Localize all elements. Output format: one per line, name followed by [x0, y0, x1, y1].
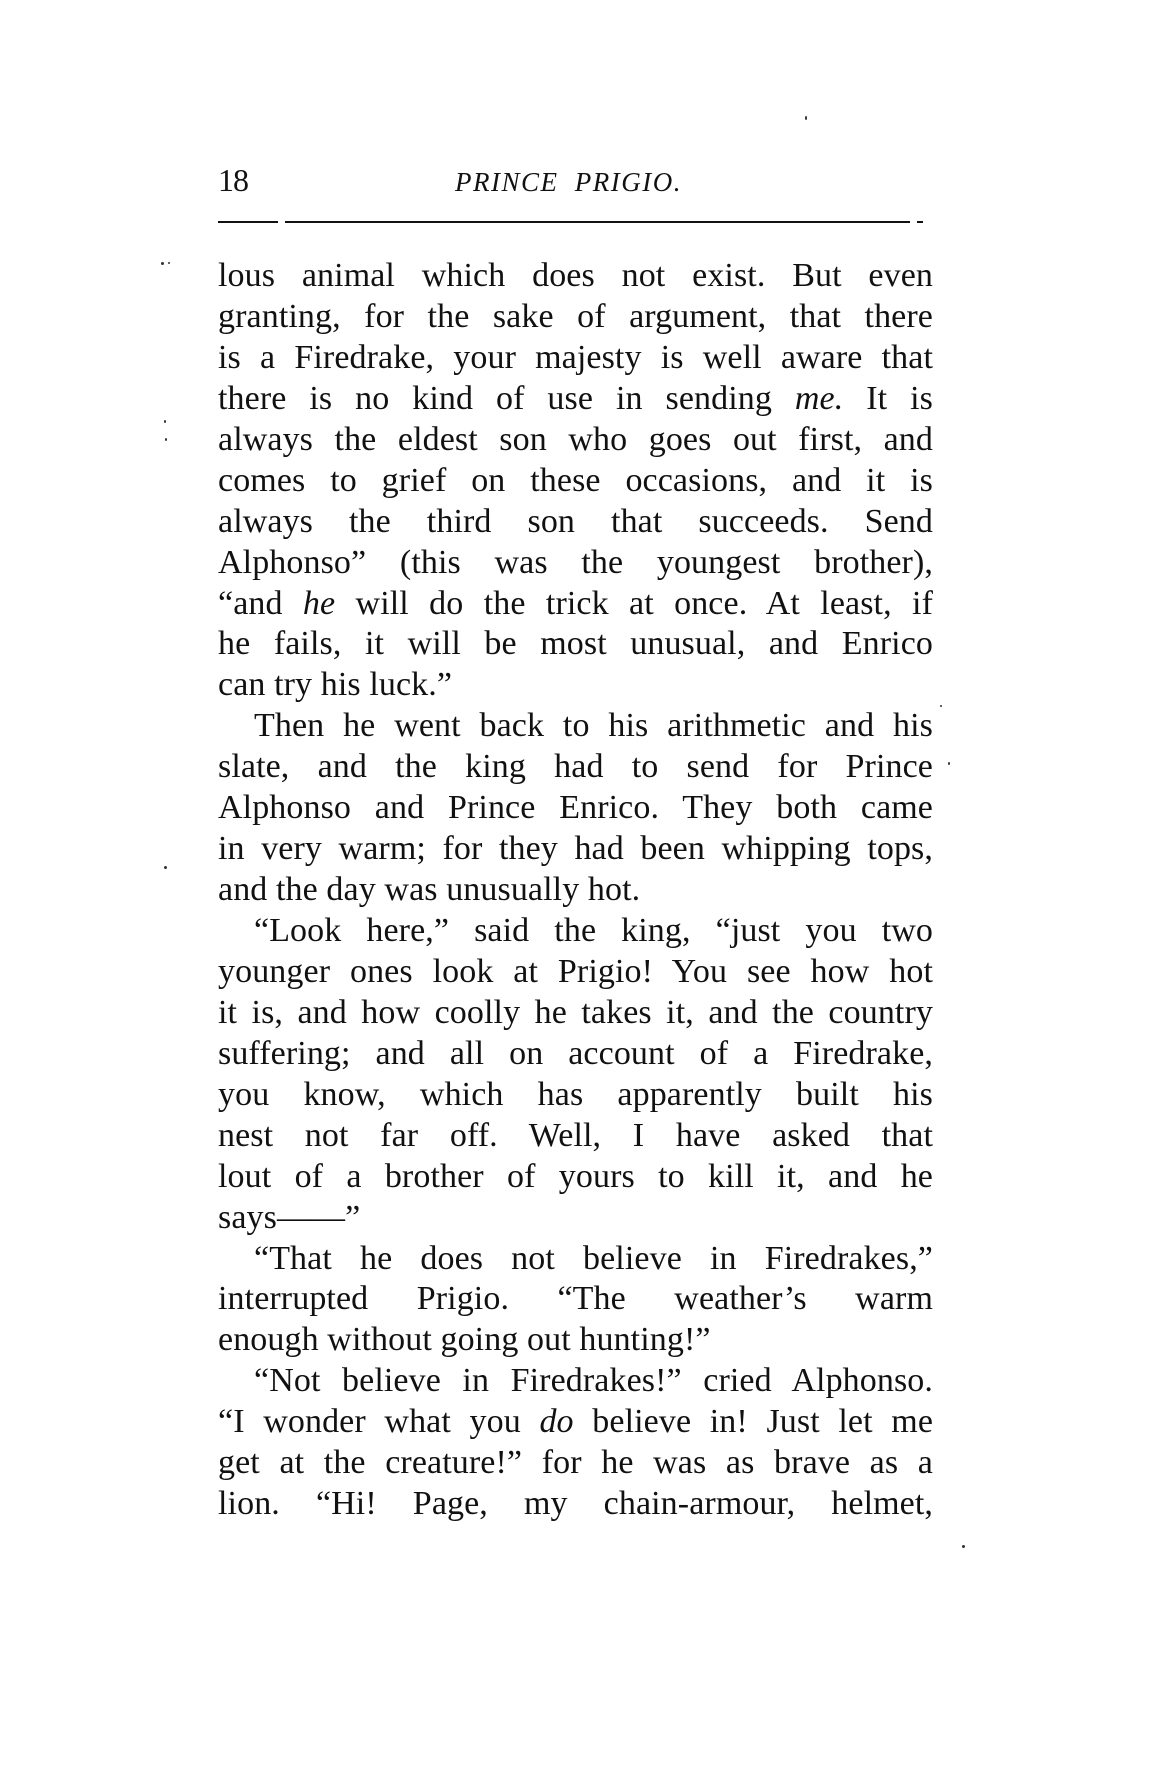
- emphasis: he: [303, 585, 335, 622]
- text-line: you know, which has apparently built his: [218, 1075, 933, 1116]
- scan-speck: [161, 262, 164, 265]
- text-line: he fails, it will be most unusual, and E…: [218, 624, 933, 665]
- scan-speck: [165, 438, 167, 441]
- text-line: suffering; and all on account of a Fired…: [218, 1034, 933, 1075]
- scan-speck: [962, 1545, 965, 1548]
- text-line: always the third son that succeeds. Send: [218, 502, 933, 543]
- text-line: there is no kind of use in sending me. I…: [218, 379, 933, 420]
- emphasis: me.: [795, 380, 843, 417]
- scan-speck: [168, 262, 170, 264]
- scan-speck: [805, 116, 807, 120]
- text-line: says——”: [218, 1198, 933, 1239]
- text-line: lion. “Hi! Page, my chain-armour, helmet…: [218, 1484, 933, 1525]
- text-line: younger ones look at Prigio! You see how…: [218, 952, 933, 993]
- scan-speck: [948, 762, 950, 765]
- text-line: lous animal which does not exist. But ev…: [218, 256, 933, 297]
- text-line: interrupted Prigio. “The weather’s warm: [218, 1279, 933, 1320]
- running-head: 18 PRINCE PRIGIO.: [218, 160, 933, 200]
- text-line: slate, and the king had to send for Prin…: [218, 747, 933, 788]
- rule-gap: [278, 220, 285, 225]
- text-line: it is, and how coolly he takes it, and t…: [218, 993, 933, 1034]
- emphasis: do: [539, 1403, 573, 1440]
- header-rule-divider: [218, 221, 923, 223]
- book-page: 18 PRINCE PRIGIO. lous animal which does…: [0, 0, 1164, 1777]
- text-line: Alphonso and Prince Enrico. They both ca…: [218, 788, 933, 829]
- rule-gap: [910, 220, 917, 225]
- text-line: enough without going out hunting!”: [218, 1320, 933, 1361]
- text-line: nest not far off. Well, I have asked tha…: [218, 1116, 933, 1157]
- text-line: “and he will do the trick at once. At le…: [218, 584, 933, 625]
- text-line: “Look here,” said the king, “just you tw…: [218, 911, 933, 952]
- text-line: always the eldest son who goes out first…: [218, 420, 933, 461]
- body-text: lous animal which does not exist. But ev…: [218, 256, 933, 1525]
- text-line: and the day was unusually hot.: [218, 870, 933, 911]
- scan-speck: [164, 420, 166, 423]
- text-line: Alphonso” (this was the youngest brother…: [218, 543, 933, 584]
- text-line: granting, for the sake of argument, that…: [218, 297, 933, 338]
- page-number: 18: [218, 162, 248, 198]
- running-title: PRINCE PRIGIO.: [455, 166, 682, 198]
- text-line: get at the creature!” for he was as brav…: [218, 1443, 933, 1484]
- text-line: “I wonder what you do believe in! Just l…: [218, 1402, 933, 1443]
- text-line: in very warm; for they had been whipping…: [218, 829, 933, 870]
- text-line: “That he does not believe in Firedrakes,…: [218, 1239, 933, 1280]
- scan-speck: [164, 866, 167, 869]
- text-line: “Not believe in Firedrakes!” cried Alpho…: [218, 1361, 933, 1402]
- text-line: comes to grief on these occasions, and i…: [218, 461, 933, 502]
- text-line: Then he went back to his arithmetic and …: [218, 706, 933, 747]
- text-line: is a Firedrake, your majesty is well awa…: [218, 338, 933, 379]
- text-line: lout of a brother of yours to kill it, a…: [218, 1157, 933, 1198]
- scan-speck: [940, 705, 942, 707]
- text-line: can try his luck.”: [218, 665, 933, 706]
